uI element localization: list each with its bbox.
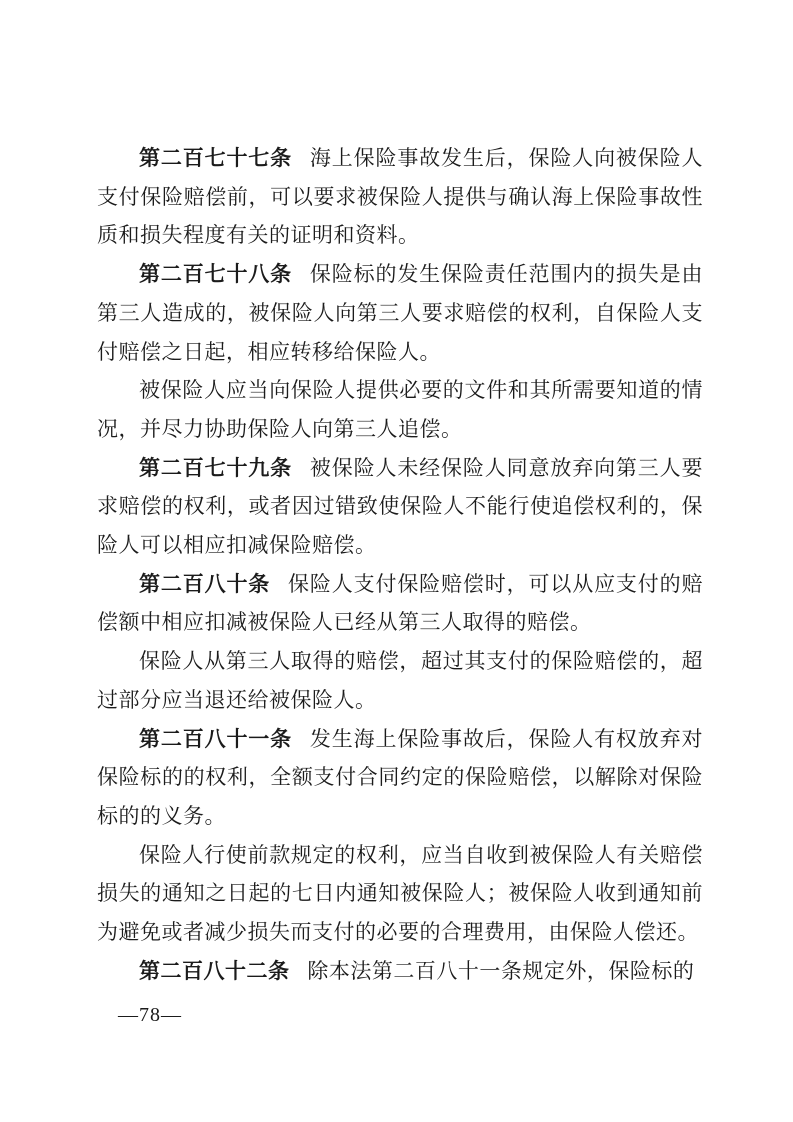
law-paragraph: 第二百八十二条除本法第二百八十一条规定外，保险标的 bbox=[97, 952, 703, 991]
page-number: —78— bbox=[118, 1000, 182, 1030]
article-number-heading: 第二百七十九条 bbox=[139, 456, 292, 480]
law-paragraph: 第二百七十七条海上保险事故发生后，保险人向被保险人支付保险赔偿前，可以要求被保险… bbox=[97, 139, 703, 255]
article-text: 保险人从第三人取得的赔偿，超过其支付的保险赔偿的，超过部分应当退还给被保险人。 bbox=[97, 649, 703, 712]
article-number-heading: 第二百七十七条 bbox=[139, 146, 292, 170]
law-paragraph: 第二百八十条保险人支付保险赔偿时，可以从应支付的赔偿额中相应扣减被保险人已经从第… bbox=[97, 565, 703, 642]
article-number-heading: 第二百七十八条 bbox=[139, 262, 292, 286]
article-text: 除本法第二百八十一条规定外，保险标的 bbox=[307, 959, 694, 983]
law-paragraph: 第二百七十九条被保险人未经保险人同意放弃向第三人要求赔偿的权利，或者因过错致使保… bbox=[97, 449, 703, 565]
article-text: 被保险人应当向保险人提供必要的文件和其所需要知道的情况，并尽力协助保险人向第三人… bbox=[97, 378, 703, 441]
law-paragraph: 第二百七十八条保险标的发生保险责任范围内的损失是由第三人造成的，被保险人向第三人… bbox=[97, 255, 703, 371]
article-number-heading: 第二百八十二条 bbox=[139, 959, 290, 983]
article-number-heading: 第二百八十一条 bbox=[139, 727, 292, 751]
law-paragraph: 被保险人应当向保险人提供必要的文件和其所需要知道的情况，并尽力协助保险人向第三人… bbox=[97, 371, 703, 448]
document-page: 第二百七十七条海上保险事故发生后，保险人向被保险人支付保险赔偿前，可以要求被保险… bbox=[0, 0, 793, 1122]
law-paragraph: 保险人行使前款规定的权利，应当自收到被保险人有关赔偿损失的通知之日起的七日内通知… bbox=[97, 836, 703, 952]
law-paragraph: 第二百八十一条发生海上保险事故后，保险人有权放弃对保险标的的权利，全额支付合同约… bbox=[97, 720, 703, 836]
article-text: 保险人行使前款规定的权利，应当自收到被保险人有关赔偿损失的通知之日起的七日内通知… bbox=[97, 843, 703, 944]
document-body: 第二百七十七条海上保险事故发生后，保险人向被保险人支付保险赔偿前，可以要求被保险… bbox=[97, 139, 703, 990]
article-number-heading: 第二百八十条 bbox=[139, 572, 270, 596]
law-paragraph: 保险人从第三人取得的赔偿，超过其支付的保险赔偿的，超过部分应当退还给被保险人。 bbox=[97, 642, 703, 719]
